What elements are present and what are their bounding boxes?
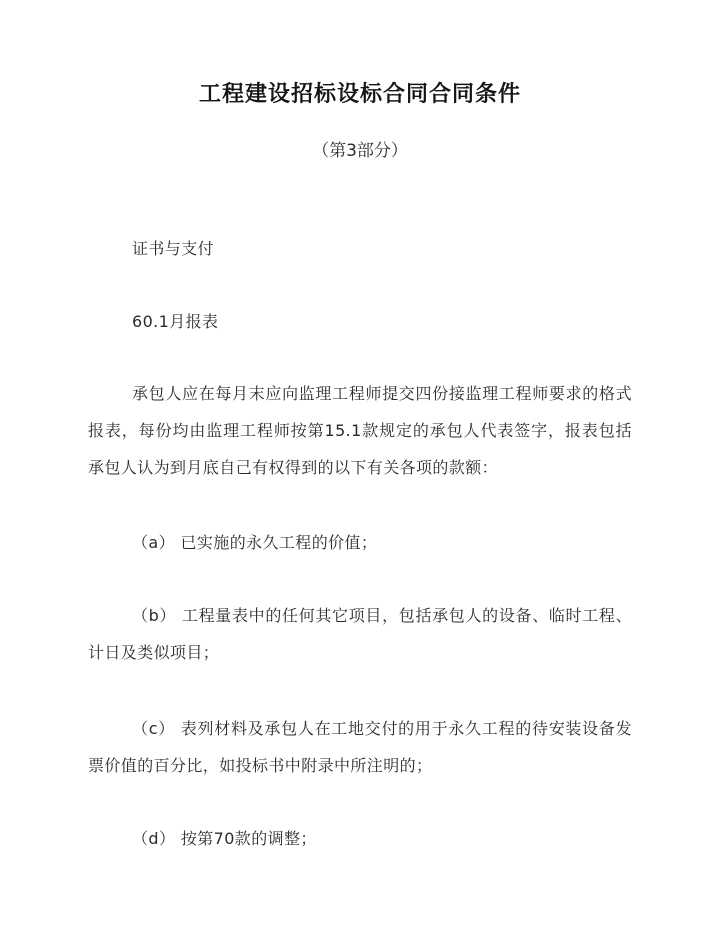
section-heading-certificates-and-payment: 证书与支付 [88,230,632,267]
clause-heading-monthly-statement: 60.1月报表 [88,303,632,340]
clause-item-b: （b） 工程量表中的任何其它项目，包括承包人的设备、临时工程、计日及类似项目； [88,597,632,671]
clause-item-a: （a） 已实施的永久工程的价值； [88,524,632,561]
clause-item-c: （c） 表列材料及承包人在工地交付的用于永久工程的待安装设备发票价值的百分比，如… [88,710,632,784]
document-page: 工程建设招标设标合同合同条件 （第3部分） 证书与支付 60.1月报表 承包人应… [0,0,720,931]
clause-item-d: （d） 按第70款的调整； [88,820,632,857]
page-subtitle: （第3部分） [0,140,720,162]
intro-paragraph: 承包人应在每月末应向监理工程师提交四份接监理工程师要求的格式报表，每份均由监理工… [88,375,632,486]
page-title: 工程建设招标设标合同合同条件 [0,80,720,110]
